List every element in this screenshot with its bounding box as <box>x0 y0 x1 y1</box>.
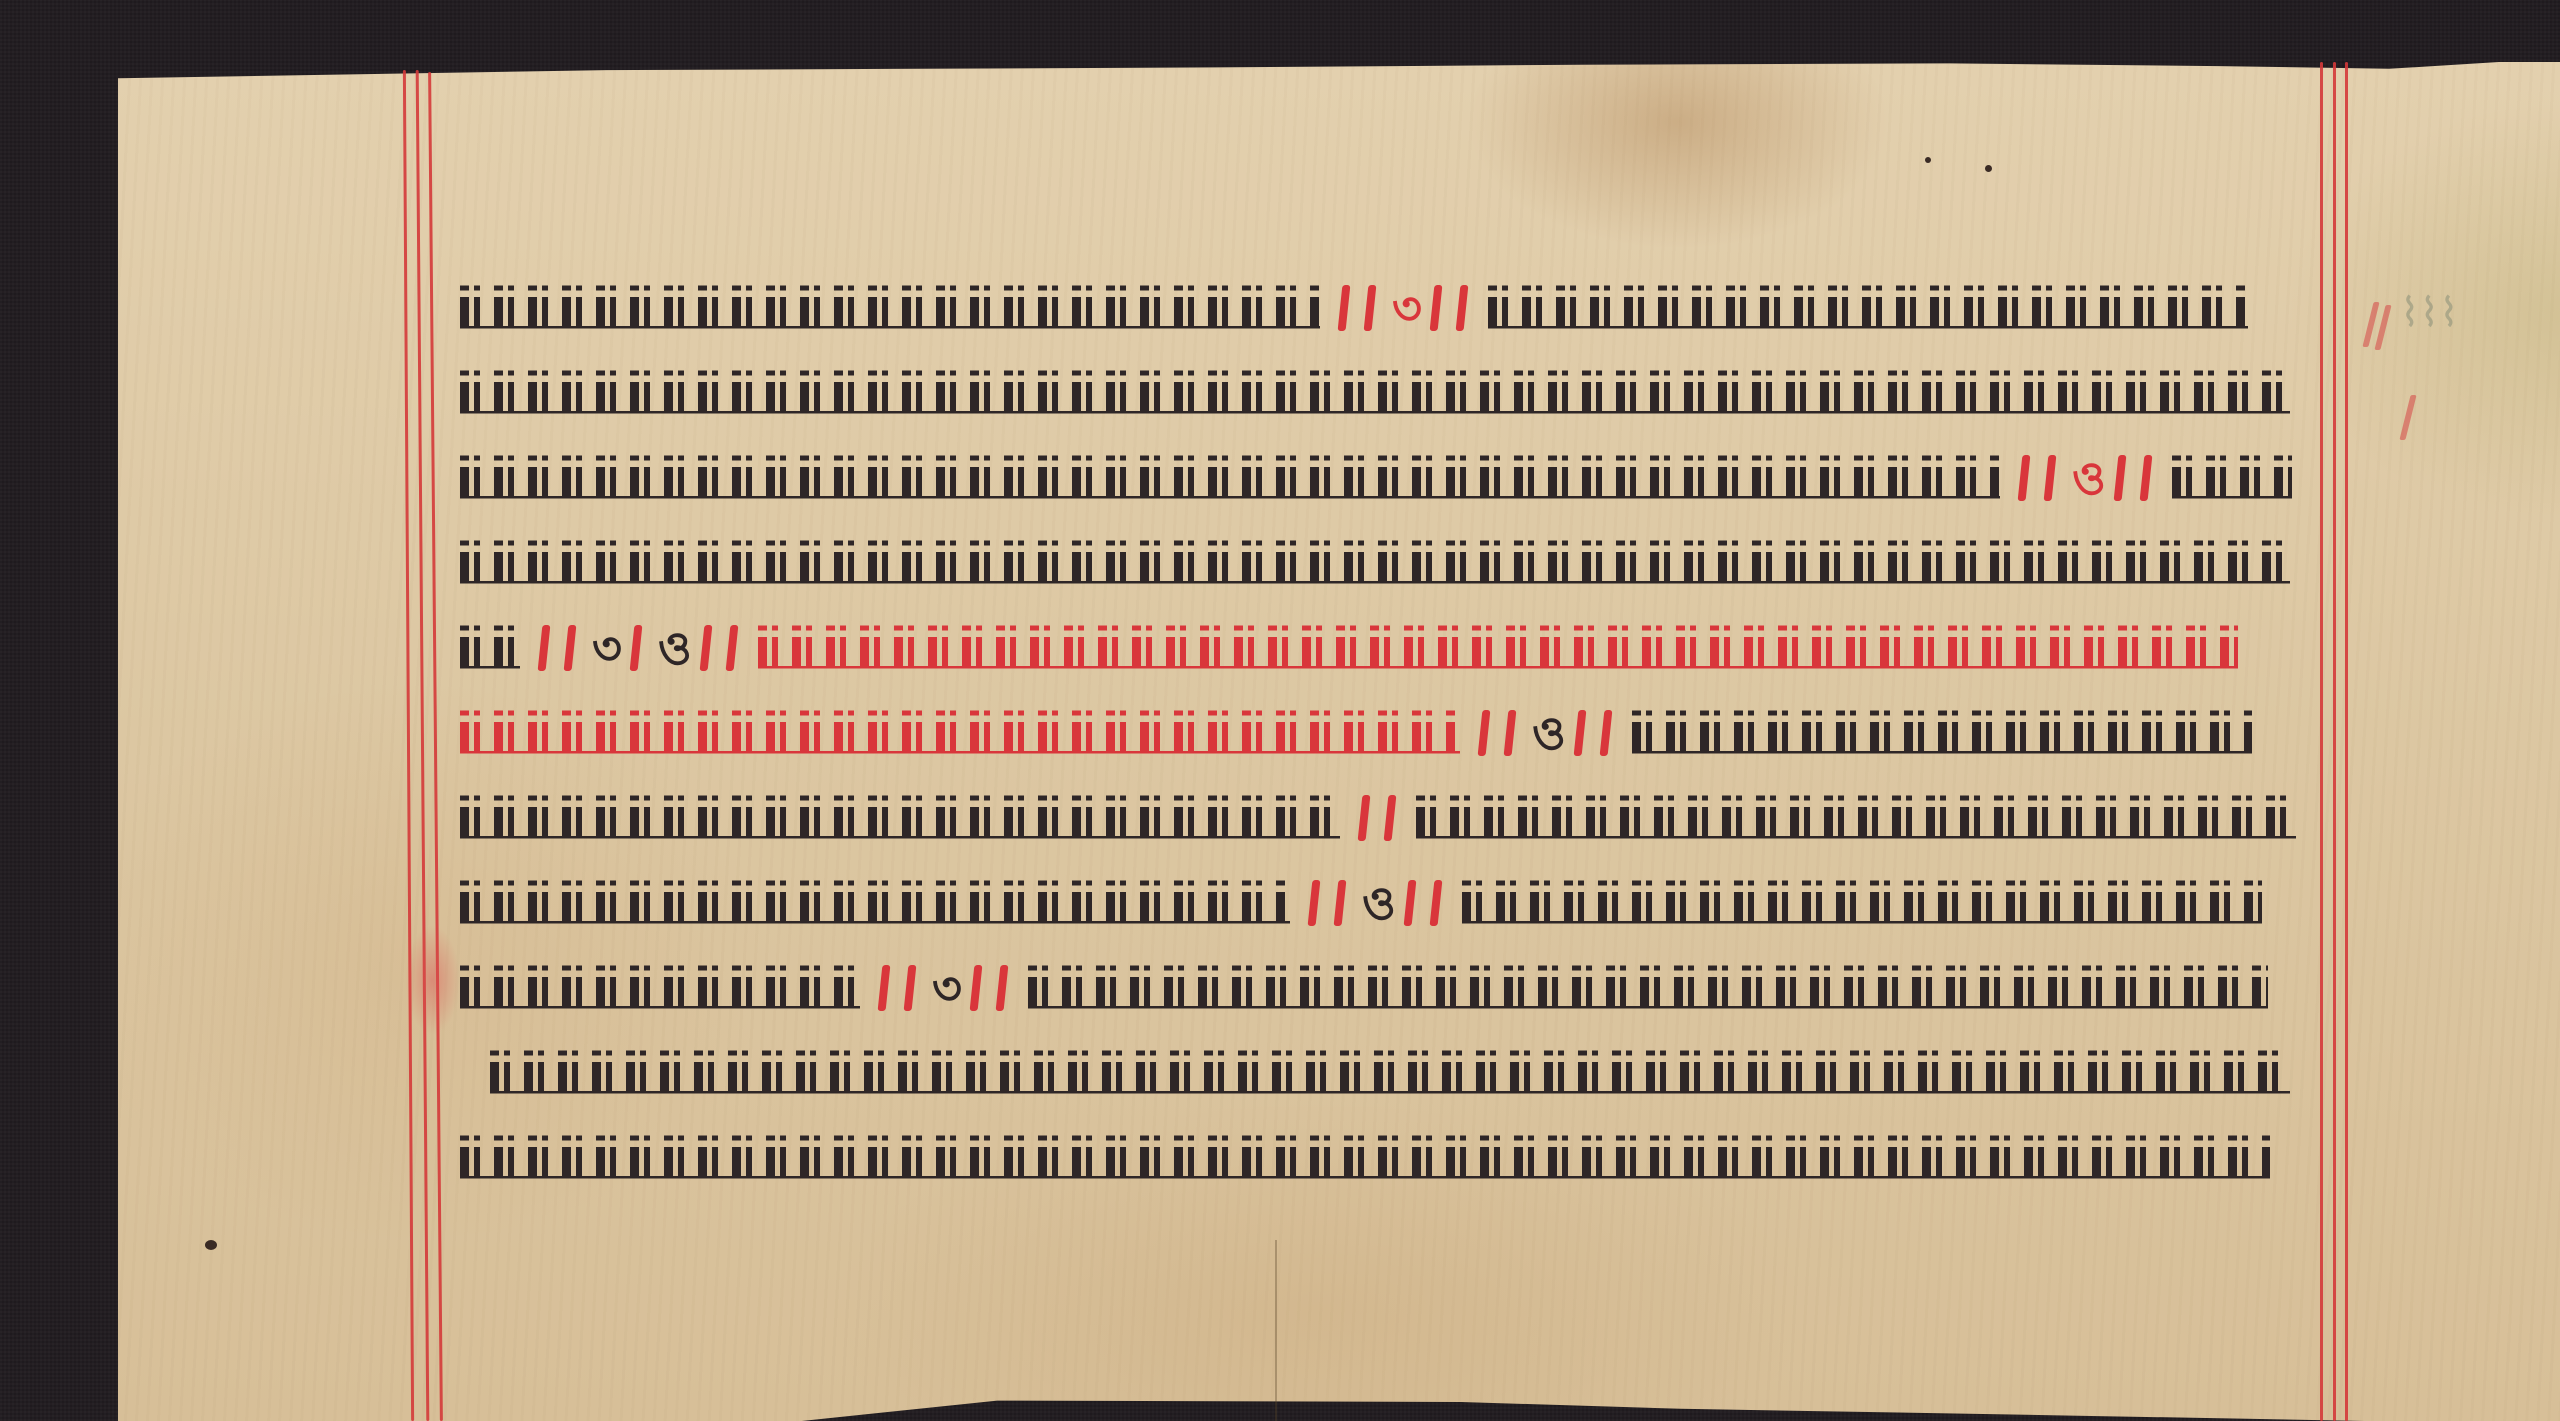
text-line-9: ৩ <box>460 945 2310 1030</box>
paper-spot <box>1925 157 1931 163</box>
ink-text-run <box>490 1046 2290 1100</box>
ink-text-run <box>1416 791 2296 845</box>
ink-text-run <box>1462 876 2262 930</box>
text-line-11 <box>460 1115 2310 1200</box>
ink-text-run <box>1632 706 2252 760</box>
ornament-symbol-icon: ও <box>1362 880 1396 926</box>
text-line-3: ও <box>460 435 2310 520</box>
right-margin-rule-2 <box>2333 62 2336 1421</box>
double-danda-icon <box>1364 285 1377 331</box>
ink-text-run <box>460 536 2290 590</box>
double-danda-icon <box>630 625 643 671</box>
double-danda-icon <box>725 625 738 671</box>
double-danda-icon <box>1478 710 1491 756</box>
double-danda-icon <box>2018 455 2031 501</box>
ink-text-run <box>1028 961 2268 1015</box>
text-line-5: ৩ ও <box>460 605 2310 690</box>
text-line-2 <box>460 350 2310 435</box>
ink-text-run <box>460 451 2000 505</box>
section-marker <box>1360 788 1402 848</box>
double-danda-icon <box>2139 455 2152 501</box>
section-marker: ও <box>1480 703 1618 763</box>
marginal-note-faded: ⌇⌇⌇ <box>2400 290 2459 336</box>
right-margin-rule-1 <box>2320 62 2323 1421</box>
double-danda-icon <box>1430 285 1443 331</box>
double-danda-icon <box>1308 880 1321 926</box>
text-line-8: ও <box>460 860 2310 945</box>
double-danda-icon <box>970 965 983 1011</box>
ink-text-run <box>460 281 1320 335</box>
section-marker: ও <box>1310 873 1448 933</box>
section-marker: ৩ <box>880 958 1014 1018</box>
ornament-symbol-icon: ও <box>2072 455 2106 501</box>
ornament-symbol-icon: ৩ <box>1392 285 1422 331</box>
double-danda-icon <box>1504 710 1517 756</box>
paper-spot <box>1985 165 1992 172</box>
double-danda-icon <box>996 965 1009 1011</box>
right-margin-rule-3 <box>2345 62 2348 1421</box>
paper-crease <box>1275 1240 1277 1421</box>
double-danda-icon <box>1384 795 1397 841</box>
double-danda-icon <box>1573 710 1586 756</box>
text-line-10 <box>460 1030 2310 1115</box>
ink-text-run <box>460 876 1290 930</box>
ink-text-run <box>460 1131 2270 1185</box>
ink-text-run <box>460 621 520 675</box>
double-danda-icon <box>904 965 917 1011</box>
red-ink-bleed <box>405 925 460 1035</box>
ink-text-run <box>2172 451 2292 505</box>
ornament-symbol-icon: ও <box>1532 710 1566 756</box>
text-line-1: ৩ <box>460 265 2310 350</box>
ornament-symbol-icon: ও <box>658 625 692 671</box>
double-danda-icon <box>1334 880 1347 926</box>
double-danda-icon <box>564 625 577 671</box>
section-marker: ও <box>2020 448 2158 508</box>
double-danda-icon <box>1358 795 1371 841</box>
ink-text-run <box>460 366 2290 420</box>
double-danda-icon <box>699 625 712 671</box>
double-danda-icon <box>538 625 551 671</box>
section-marker: ৩ ও <box>540 618 744 678</box>
ink-text-run <box>460 961 860 1015</box>
double-danda-icon <box>1599 710 1612 756</box>
text-line-6: ও <box>460 690 2310 775</box>
double-danda-icon <box>1403 880 1416 926</box>
double-danda-icon <box>2113 455 2126 501</box>
double-danda-icon <box>878 965 891 1011</box>
rubric-text-run <box>460 706 1460 760</box>
text-line-7 <box>460 775 2310 860</box>
ornament-symbol-icon: ৩ <box>592 625 622 671</box>
rubric-text-run <box>758 621 2238 675</box>
paper-spot <box>205 1240 217 1250</box>
ornament-symbol-icon: ৩ <box>932 965 962 1011</box>
double-danda-icon <box>1456 285 1469 331</box>
text-block: ৩ ও ৩ ও <box>460 265 2310 1200</box>
double-danda-icon <box>2044 455 2057 501</box>
section-marker: ৩ <box>1340 278 1474 338</box>
ink-text-run <box>460 791 1340 845</box>
text-line-4 <box>460 520 2310 605</box>
ink-text-run <box>1488 281 2248 335</box>
double-danda-icon <box>1338 285 1351 331</box>
double-danda-icon <box>1429 880 1442 926</box>
